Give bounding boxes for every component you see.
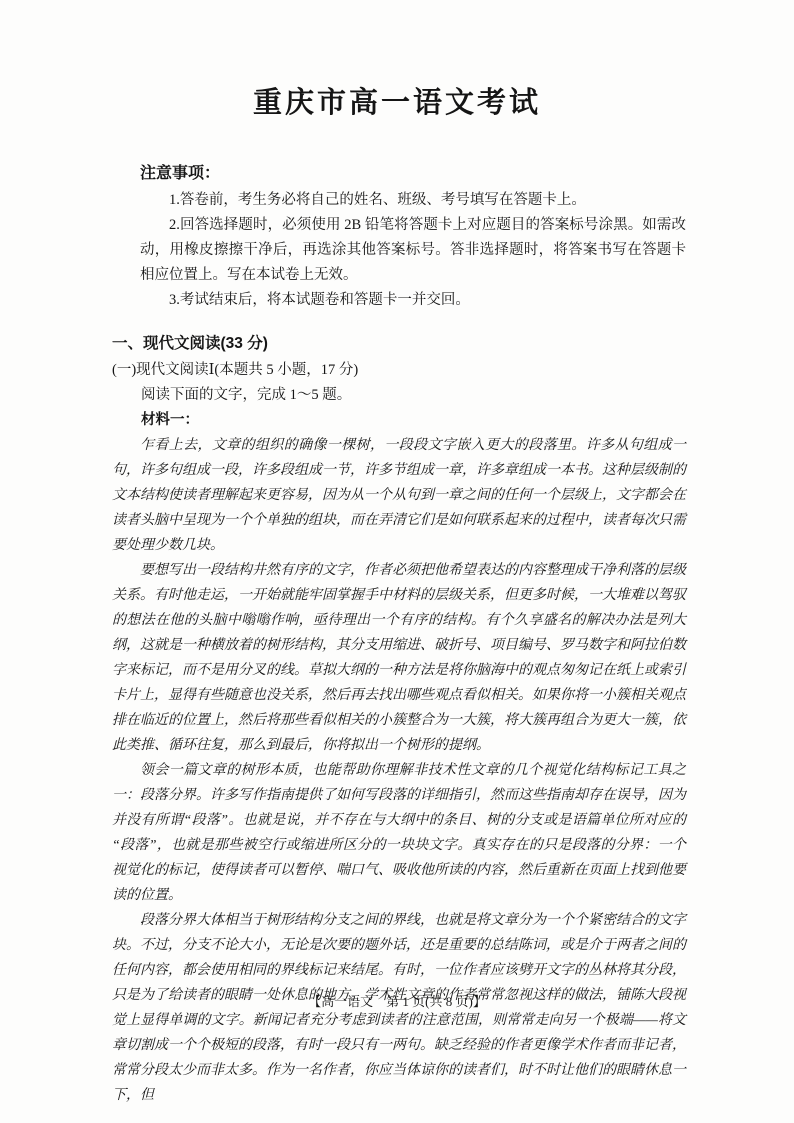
notice-item-3: 3.考试结束后，将本试题卷和答题卡一并交回。 — [140, 288, 686, 313]
notice-item-1: 1.答卷前，考生务必将自己的姓名、班级、考号填写在答题卡上。 — [140, 188, 686, 213]
reading-instruction: 阅读下面的文字，完成 1～5 题。 — [112, 383, 686, 408]
material-paragraph-2: 要想写出一段结构井然有序的文字，作者必须把他希望表达的内容整理成干净利落的层级关… — [112, 558, 686, 758]
section-heading: 一、现代文阅读(33 分) — [112, 331, 686, 357]
material-one-label: 材料一： — [112, 408, 686, 433]
page-title: 重庆市高一语文考试 — [0, 0, 794, 121]
material-paragraph-3: 领会一篇文章的树形本质，也能帮助你理解非技术性文章的几个视觉化结构标记工具之一：… — [112, 758, 686, 908]
notice-heading: 注意事项： — [140, 161, 686, 186]
notice-item-2: 2.回答选择题时，必须使用 2B 铅笔将答题卡上对应题目的答案标号涂黑。如需改动… — [140, 213, 686, 288]
page-footer: 【高一语文 第 1 页(共 8 页)】 — [0, 992, 794, 1012]
material-paragraph-1: 乍看上去，文章的组织的确像一棵树，一段段文字嵌入更大的段落里。许多从句组成一句，… — [112, 433, 686, 558]
exam-paper-page: 重庆市高一语文考试 注意事项： 1.答卷前，考生务必将自己的姓名、班级、考号填写… — [0, 0, 794, 1123]
notice-section: 注意事项： 1.答卷前，考生务必将自己的姓名、班级、考号填写在答题卡上。 2.回… — [140, 161, 686, 313]
subsection-heading: (一)现代文阅读Ⅰ(本题共 5 小题，17 分) — [112, 357, 686, 383]
